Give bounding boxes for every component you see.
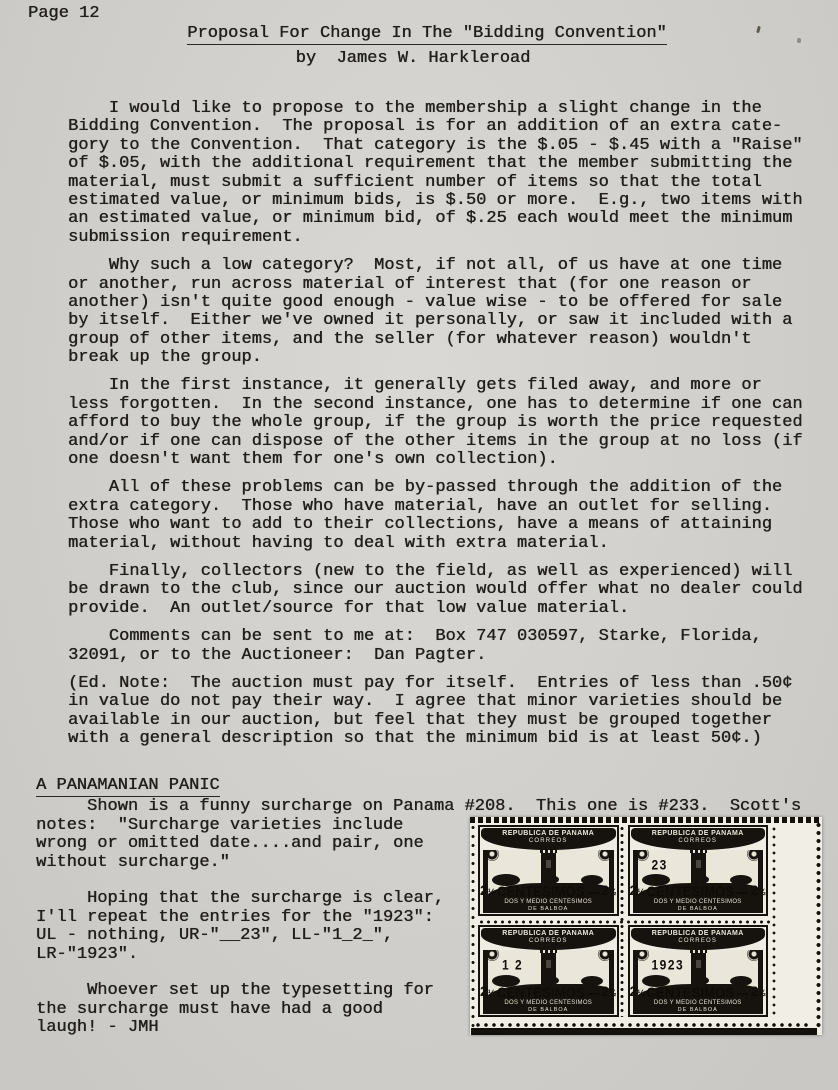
overprint-value: 2½ <box>751 985 766 999</box>
panama-section: A PANAMANIAN PANIC Shown is a funny surc… <box>36 776 820 1037</box>
text-line <box>36 872 460 890</box>
denomination-line2: DE BALBOA <box>633 1007 764 1013</box>
stamp-country-text: REPUBLICA DE PANAMA <box>481 830 616 838</box>
overprint-value: 2½ <box>630 884 645 898</box>
article-paragraph: In the first instance, it generally gets… <box>68 377 816 469</box>
stamp-surcharge: 23 <box>652 857 668 873</box>
text-line: Hoping that the surcharge is clear, <box>36 890 460 908</box>
document-page: Page 12 Proposal For Change In The "Bidd… <box>0 0 838 1090</box>
overprint-bar <box>737 993 748 995</box>
page-number: Page 12 <box>28 5 99 23</box>
stamp-header: REPUBLICA DE PANAMA CORREOS <box>481 828 616 850</box>
denomination-line1: DOS Y MEDIO CENTESIMOS <box>483 899 614 906</box>
stamp-denomination-band: DOS Y MEDIO CENTESIMOS DE BALBOA <box>483 898 614 913</box>
overprint-centesimos: CENTESIMOS <box>646 886 734 899</box>
stamp-correos-text: CORREOS <box>631 838 766 845</box>
scroll-ornament-icon <box>485 850 499 861</box>
scroll-ornament-icon <box>635 950 649 961</box>
stamp-overprint: 2½ CENTESIMOS 2½ <box>629 985 768 999</box>
text-line: and/or if one can dispose of the other i… <box>68 433 816 451</box>
scan-artifact <box>797 38 801 43</box>
text-line: Why such a low category? Most, if not al… <box>68 257 816 275</box>
byline: by James W. Harkleroad <box>296 49 531 68</box>
stamp-overprint: 2½ CENTESIMOS 2½ <box>479 884 618 898</box>
article-body: I would like to propose to the membershi… <box>68 100 816 759</box>
byline-row: by James W. Harkleroad <box>0 49 826 68</box>
text-line: I'll repeat the entries for the "1923": <box>36 909 460 927</box>
stamp-denomination-band: DOS Y MEDIO CENTESIMOS DE BALBOA <box>633 898 764 913</box>
page-title: Proposal For Change In The "Bidding Conv… <box>187 24 666 45</box>
text-line: laugh! - JMH <box>36 1019 460 1037</box>
overprint-value: 2½ <box>751 884 766 898</box>
perforation-edge-right <box>815 821 822 1029</box>
text-line: afford to buy the whole group, if the gr… <box>68 414 816 432</box>
scroll-ornament-icon <box>635 850 649 861</box>
stamp-denomination-band: DOS Y MEDIO CENTESIMOS DE BALBOA <box>483 999 614 1014</box>
text-line: break up the group. <box>68 349 816 367</box>
scroll-ornament-icon <box>598 850 612 861</box>
text-line: or another, run across material of inter… <box>68 276 816 294</box>
stamp-denomination-band: DOS Y MEDIO CENTESIMOS DE BALBOA <box>633 999 764 1014</box>
overprint-centesimos: CENTESIMOS <box>497 886 585 899</box>
text-line: estimated value, or minimum bids, is $.5… <box>68 192 816 210</box>
stamp-header: REPUBLICA DE PANAMA CORREOS <box>631 828 766 850</box>
text-line: LR-"1923". <box>36 946 460 964</box>
text-line: I would like to propose to the membershi… <box>68 100 816 118</box>
stamp-correos-text: CORREOS <box>631 938 766 945</box>
stamp-overprint: 2½ CENTESIMOS 2½ <box>479 985 618 999</box>
text-line: another) isn't quite good enough - value… <box>68 294 816 312</box>
overprint-centesimos: CENTESIMOS <box>497 986 585 999</box>
article-paragraph: All of these problems can be by-passed t… <box>68 479 816 553</box>
overprint-value: 2½ <box>630 985 645 999</box>
overprint-value: 2½ <box>480 884 495 898</box>
overprint-value: 2½ <box>480 985 495 999</box>
stamp-surcharge: 1923 <box>652 957 685 973</box>
text-line: with a general description so that the m… <box>68 730 816 748</box>
perforation-edge-top <box>470 817 822 823</box>
text-line: one doesn't want them for one's own coll… <box>68 451 816 469</box>
article-paragraph: I would like to propose to the membershi… <box>68 100 816 247</box>
editor-note: (Ed. Note: The auction must pay for itse… <box>68 675 816 749</box>
text-line: In the first instance, it generally gets… <box>68 377 816 395</box>
stamp-country-text: REPUBLICA DE PANAMA <box>631 830 766 838</box>
text-line: group of other items, and the seller (fo… <box>68 331 816 349</box>
text-line: provide. An outlet/source for that low v… <box>68 600 816 618</box>
text-line: All of these problems can be by-passed t… <box>68 479 816 497</box>
scroll-ornament-icon <box>747 850 761 861</box>
overprint-value: 2½ <box>601 985 616 999</box>
perforation-edge-left <box>470 823 476 1027</box>
overprint-bar <box>737 892 748 894</box>
text-line: an estimated value, or minimum bid, of $… <box>68 210 816 228</box>
denomination-line2: DE BALBOA <box>483 1007 614 1013</box>
article-paragraph: Why such a low category? Most, if not al… <box>68 257 816 367</box>
overprint-centesimos: CENTESIMOS <box>646 986 734 999</box>
text-line: the surcharge must have had a good <box>36 1001 460 1019</box>
scroll-ornament-icon <box>485 950 499 961</box>
article-paragraph: Finally, collectors (new to the field, a… <box>68 563 816 618</box>
stamp-grid: REPUBLICA DE PANAMA CORREOS <box>478 825 768 1017</box>
panama-row: notes: "Surcharge varieties includewrong… <box>36 817 820 1038</box>
section-heading: A PANAMANIAN PANIC <box>36 776 220 797</box>
text-line: material, must submit a sufficient numbe… <box>68 174 816 192</box>
stamp-lower-right: REPUBLICA DE PANAMA CORREOS 1923 <box>628 925 769 1017</box>
stamp-correos-text: CORREOS <box>481 838 616 845</box>
stamp-correos-text: CORREOS <box>481 938 616 945</box>
article-paragraph: Comments can be sent to me at: Box 747 0… <box>68 628 816 665</box>
panama-text-column: notes: "Surcharge varieties includewrong… <box>36 817 460 1038</box>
text-line: submission requirement. <box>68 229 816 247</box>
text-line: gory to the Convention. That category is… <box>68 137 816 155</box>
stamp-upper-right: REPUBLICA DE PANAMA CORREOS 23 <box>628 825 769 917</box>
denomination-line2: DE BALBOA <box>483 906 614 912</box>
stamp-country-text: REPUBLICA DE PANAMA <box>481 930 616 938</box>
text-line: by itself. Either we've owned it persona… <box>68 312 816 330</box>
text-line: Shown is a funny surcharge on Panama #20… <box>36 798 820 816</box>
text-line: Finally, collectors (new to the field, a… <box>68 563 816 581</box>
scroll-ornament-icon <box>598 950 612 961</box>
text-line: Bidding Convention. The proposal is for … <box>68 118 816 136</box>
text-line: wrong or omitted date....and pair, one <box>36 835 460 853</box>
text-line: (Ed. Note: The auction must pay for itse… <box>68 675 816 693</box>
text-line: Whoever set up the typesetting for <box>36 982 460 1000</box>
stamp-header: REPUBLICA DE PANAMA CORREOS <box>481 928 616 950</box>
text-line: less forgotten. In the second instance, … <box>68 396 816 414</box>
stamp-block-photo: REPUBLICA DE PANAMA CORREOS <box>470 817 822 1035</box>
denomination-line1: DOS Y MEDIO CENTESIMOS <box>483 1000 614 1007</box>
denomination-line1: DOS Y MEDIO CENTESIMOS <box>633 899 764 906</box>
text-line: material, without having to deal with ex… <box>68 535 816 553</box>
stamp-overprint: 2½ CENTESIMOS 2½ <box>629 884 768 898</box>
text-line: available in our auction, but feel that … <box>68 712 816 730</box>
text-line: 32091, or to the Auctioneer: Dan Pagter. <box>68 647 816 665</box>
perforation-selvage-vertical <box>771 825 777 1017</box>
denomination-line2: DE BALBOA <box>633 906 764 912</box>
section-heading-row: A PANAMANIAN PANIC <box>36 776 820 795</box>
text-line: extra category. Those who have material,… <box>68 498 816 516</box>
text-line: of $.05, with the additional requirement… <box>68 155 816 173</box>
stamp-upper-left: REPUBLICA DE PANAMA CORREOS <box>478 825 619 917</box>
overprint-bar <box>588 892 599 894</box>
text-line: without surcharge." <box>36 854 460 872</box>
overprint-value: 2½ <box>601 884 616 898</box>
text-line: Comments can be sent to me at: Box 747 0… <box>68 628 816 646</box>
stamp-lower-left: REPUBLICA DE PANAMA CORREOS 1 2 <box>478 925 619 1017</box>
text-line: notes: "Surcharge varieties include <box>36 817 460 835</box>
text-line: in value do not pay their way. I agree t… <box>68 693 816 711</box>
panama-intro: Shown is a funny surcharge on Panama #20… <box>36 798 820 816</box>
stamp-surcharge: 1 2 <box>502 957 523 973</box>
stamp-header: REPUBLICA DE PANAMA CORREOS <box>631 928 766 950</box>
text-line: be drawn to the club, since our auction … <box>68 581 816 599</box>
denomination-line1: DOS Y MEDIO CENTESIMOS <box>633 1000 764 1007</box>
scroll-ornament-icon <box>747 950 761 961</box>
text-line: Those who want to add to their collectio… <box>68 516 816 534</box>
text-line <box>36 964 460 982</box>
stamp-country-text: REPUBLICA DE PANAMA <box>631 930 766 938</box>
title-row: Proposal For Change In The "Bidding Conv… <box>16 24 838 43</box>
overprint-bar <box>588 993 599 995</box>
text-line: UL - nothing, UR-"__23", LL-"1_2_", <box>36 927 460 945</box>
photo-bottom-edge <box>471 1028 817 1035</box>
